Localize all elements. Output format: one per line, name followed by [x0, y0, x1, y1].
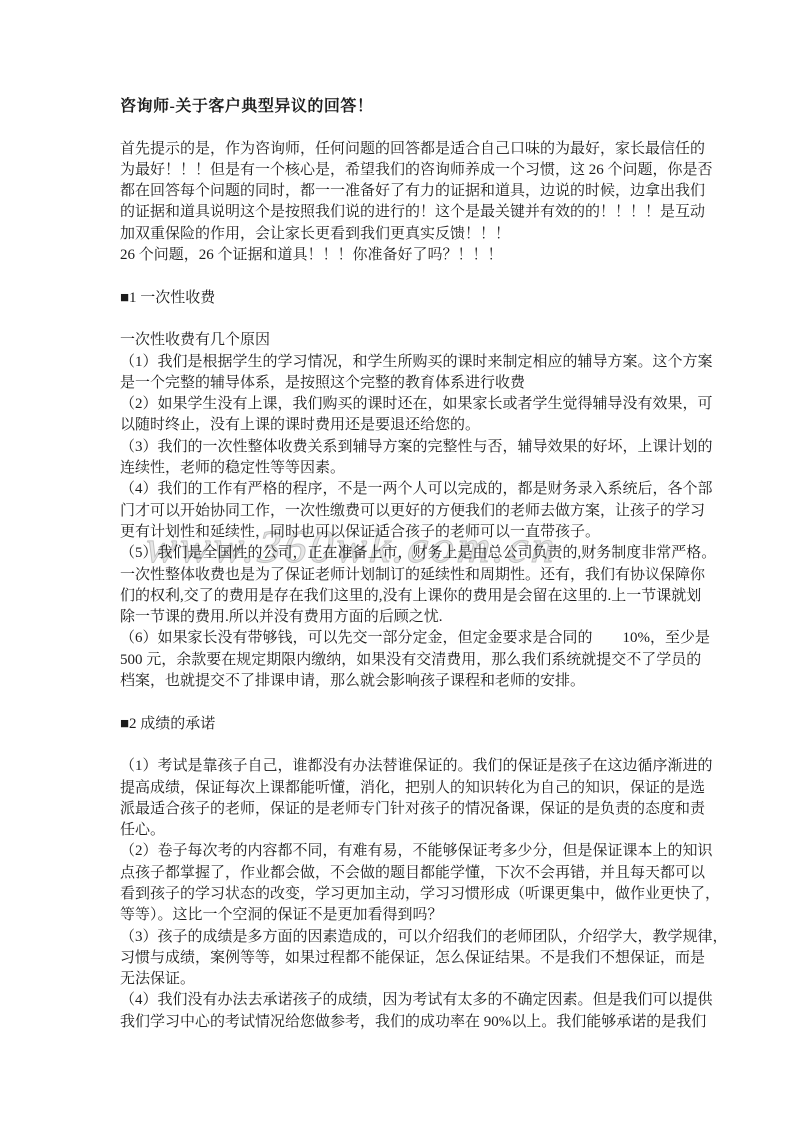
section-2-body-line: 点孩子都掌握了，作业都会做，不会做的题目都能学懂，下次不会再错，并且每天都可以 [120, 863, 686, 884]
section-2-body-line: 提高成绩，保证每次上课都能听懂，消化，把别人的知识转化为自己的知识，保证的是选 [120, 778, 686, 799]
section-1-body-line: 更有计划性和延续性，同时也可以保证适合孩子的老师可以一直带孩子。 [120, 522, 686, 543]
document-body: 首先提示的是，作为咨询师，任何问题的回答都是适合自己口味的为最好，家长最信任的为… [120, 139, 686, 1033]
section-1-body-line: （2）如果学生没有上课，我们购买的课时还在，如果家长或者学生觉得辅导没有效果，可 [120, 394, 686, 415]
section-1-body-line: 以随时终止，没有上课的课时费用还是要退还给您的。 [120, 415, 686, 436]
section-1-body-line: 500 元，余款要在规定期限内缴纳，如果没有交清费用，那么我们系统就提交不了学员… [120, 650, 686, 671]
section-1-body-line: 是一个完整的辅导体系，是按照这个完整的教育体系进行收费 [120, 373, 686, 394]
section-2-body-line: 等等）。这比一个空洞的保证不是更加看得到吗？ [120, 905, 686, 926]
section-1-body-line: （4）我们的工作有严格的程序，不是一两个人可以完成的，都是财务录入系统后，各个部 [120, 479, 686, 500]
document-title: 咨询师-关于客户典型异议的回答！ [120, 96, 686, 117]
document-content: 咨询师-关于客户典型异议的回答！ 首先提示的是，作为咨询师，任何问题的回答都是适… [120, 96, 686, 1033]
section-2-body-line: 习惯与成绩，案例等等，如果过程都不能保证，怎么保证结果。不是我们不想保证，而是 [120, 948, 686, 969]
section-2-body-line: 看到孩子的学习状态的改变，学习更加主动，学习习惯形成（听课更集中，做作业更快了， [120, 884, 686, 905]
intro-paragraph: 首先提示的是，作为咨询师，任何问题的回答都是适合自己口味的为最好，家长最信任的为… [120, 139, 686, 267]
section-1-body-line: 除一节课的费用.所以并没有费用方面的后顾之忧. [120, 607, 686, 628]
section-1-body-line: 档案，也就提交不了排课申请，那么就会影响孩子课程和老师的安排。 [120, 671, 686, 692]
section-2-body-line: 派最适合孩子的老师，保证的是老师专门针对孩子的情况备课，保证的是负责的态度和责 [120, 799, 686, 820]
section-1-body: 一次性收费有几个原因（1）我们是根据学生的学习情况，和学生所购买的课时来制定相应… [120, 330, 686, 692]
intro-paragraph-line: 首先提示的是，作为咨询师，任何问题的回答都是适合自己口味的为最好，家长最信任的 [120, 139, 686, 160]
section-1-heading: ■1 一次性收费 [120, 288, 686, 309]
section-1-body-line: 们的权利,交了的费用是存在我们这里的,没有上课你的费用是会留在这里的.上一节课就… [120, 586, 686, 607]
intro-paragraph-line: 的证据和道具说明这个是按照我们说的进行的！这个是最关键并有效的的！！！！是互动 [120, 202, 686, 223]
section-1-body-line: （5）我们是全国性的公司，正在准备上市，财务上是由总公司负责的,财务制度非常严格… [120, 543, 686, 564]
section-2-body-line: （1）考试是靠孩子自己，谁都没有办法替谁保证的。我们的保证是孩子在这边循序渐进的 [120, 756, 686, 777]
section-1-body-line: 门才可以开始协同工作，一次性缴费可以更好的方便我们的老师去做方案，让孩子的学习 [120, 501, 686, 522]
section-2-body-line: 任心。 [120, 820, 686, 841]
section-1-body-line: 一次性整体收费也是为了保证老师计划制订的延续性和周期性。还有，我们有协议保障你 [120, 565, 686, 586]
section-2-heading: ■2 成绩的承诺 [120, 714, 686, 735]
section-1-body-line: （3）我们的一次性整体收费关系到辅导方案的完整性与否，辅导效果的好坏，上课计划的 [120, 437, 686, 458]
section-2-body-line: 我们学习中心的考试情况给您做参考，我们的成功率在 90%以上。我们能够承诺的是我… [120, 1012, 686, 1033]
section-1-body-line: 连续性，老师的稳定性等等因素。 [120, 458, 686, 479]
section-2-body: （1）考试是靠孩子自己，谁都没有办法替谁保证的。我们的保证是孩子在这边循序渐进的… [120, 756, 686, 1033]
section-1-body-line: 一次性收费有几个原因 [120, 330, 686, 351]
section-2-body-line: （2）卷子每次考的内容都不同，有难有易，不能够保证考多少分，但是保证课本上的知识 [120, 841, 686, 862]
section-2-body-line: （3）孩子的成绩是多方面的因素造成的，可以介绍我们的老师团队，介绍学大，教学规律… [120, 927, 686, 948]
intro-paragraph-line: 26 个问题，26 个证据和道具！！！你准备好了吗？！！！ [120, 245, 686, 266]
intro-paragraph-line: 都在回答每个问题的同时，都一一准备好了有力的证据和道具，边说的时候，边拿出我们 [120, 181, 686, 202]
section-2-body-line: 无法保证。 [120, 969, 686, 990]
intro-paragraph-line: 为最好！！！但是有一个核心是，希望我们的咨询师养成一个习惯，这 26 个问题，你… [120, 160, 686, 181]
section-1-body-line: （6）如果家长没有带够钱，可以先交一部分定金，但定金要求是合同的 10%，至少是 [120, 628, 686, 649]
section-1-body-line: （1）我们是根据学生的学习情况，和学生所购买的课时来制定相应的辅导方案。这个方案 [120, 352, 686, 373]
document-page: www.360wk.com.cn 咨询师-关于客户典型异议的回答！ 首先提示的是… [0, 0, 800, 1132]
intro-paragraph-line: 加双重保险的作用，会让家长更看到我们更真实反馈！！！ [120, 224, 686, 245]
section-2-body-line: （4）我们没有办法去承诺孩子的成绩，因为考试有太多的不确定因素。但是我们可以提供 [120, 990, 686, 1011]
